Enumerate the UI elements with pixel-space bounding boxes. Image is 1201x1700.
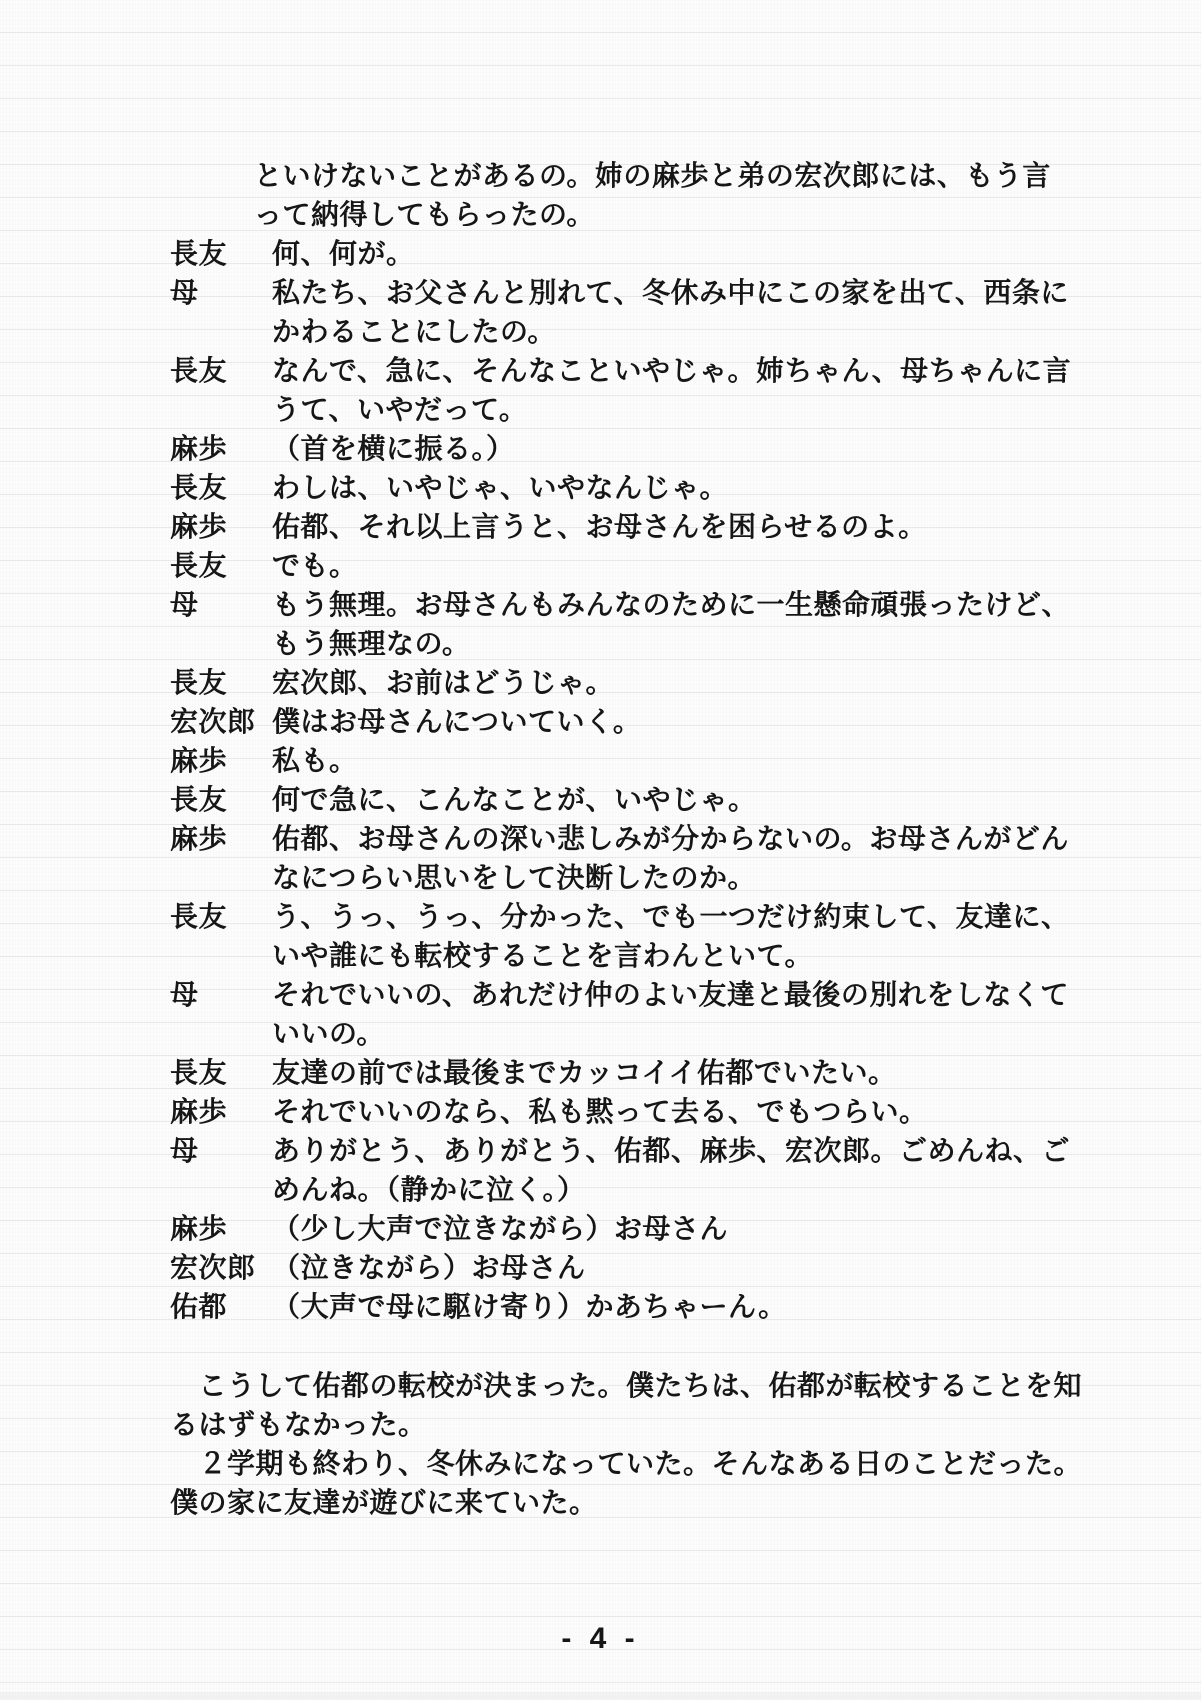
dialogue-entry: 長友 何で急に、こんなことが、いやじゃ。 — [170, 780, 1095, 819]
speaker-name: 母 — [170, 975, 272, 1014]
speaker-name: 宏次郎 — [170, 702, 272, 741]
dialogue-entry: 麻歩 佑都、お母さんの深い悲しみが分からないの。お母さんがどん なにつらい思いを… — [170, 819, 1095, 897]
dialogue-line: うて、いやだって。 — [272, 390, 1095, 429]
dialogue-entry: といけないことがあるの。姉の麻歩と弟の宏次郎には、もう言 って納得してもらったの… — [170, 156, 1095, 234]
dialogue-lines: ありがとう、ありがとう、佑都、麻歩、宏次郎。ごめんね、ご めんね。（静かに泣く。… — [272, 1131, 1095, 1209]
script-page: といけないことがあるの。姉の麻歩と弟の宏次郎には、もう言 って納得してもらったの… — [0, 0, 1201, 1700]
dialogue-lines: わしは、いやじゃ、いやなんじゃ。 — [272, 468, 1095, 507]
dialogue-lines: でも。 — [272, 546, 1095, 585]
dialogue-entry: 長友 友達の前では最後までカッコイイ佑都でいたい。 — [170, 1053, 1095, 1092]
speaker-name: 長友 — [170, 780, 272, 819]
dialogue-lines: 私たち、お父さんと別れて、冬休み中にこの家を出て、西条に かわることにしたの。 — [272, 273, 1095, 351]
dialogue-line: 佑都、お母さんの深い悲しみが分からないの。お母さんがどん — [272, 819, 1095, 858]
dialogue-entry: 長友 宏次郎、お前はどうじゃ。 — [170, 663, 1095, 702]
dialogue-line: もう無理なの。 — [272, 624, 1095, 663]
dialogue-line: 私たち、お父さんと別れて、冬休み中にこの家を出て、西条に — [272, 273, 1095, 312]
dialogue-lines: 何、何が。 — [272, 234, 1095, 273]
dialogue-line: それでいいの、あれだけ仲のよい友達と最後の別れをしなくて — [272, 975, 1095, 1014]
dialogue-entry: 佑都 （大声で母に駆け寄り）かあちゃーん。 — [170, 1287, 1095, 1326]
dialogue-entry: 母 もう無理。お母さんもみんなのために一生懸命頑張ったけど、 もう無理なの。 — [170, 585, 1095, 663]
dialogue-line: かわることにしたの。 — [272, 312, 1095, 351]
dialogue-entry: 長友 何、何が。 — [170, 234, 1095, 273]
dialogue-lines: （首を横に振る。） — [272, 429, 1095, 468]
dialogue-line: （大声で母に駆け寄り）かあちゃーん。 — [272, 1287, 1095, 1326]
dialogue-line: 僕はお母さんについていく。 — [272, 702, 1095, 741]
dialogue-entry: 長友 う、うっ、うっ、分かった、でも一つだけ約束して、友達に、 いや誰にも転校す… — [170, 897, 1095, 975]
narration-line: るはずもなかった。 — [170, 1405, 1095, 1444]
dialogue-entry: 宏次郎 （泣きながら）お母さん — [170, 1248, 1095, 1287]
speaker-name: 長友 — [170, 234, 272, 273]
dialogue-line: めんね。（静かに泣く。） — [272, 1170, 1095, 1209]
dialogue-line: いや誰にも転校することを言わんといて。 — [272, 936, 1095, 975]
dialogue-line: それでいいのなら、私も黙って去る、でもつらい。 — [272, 1092, 1095, 1131]
dialogue-lines: 佑都、お母さんの深い悲しみが分からないの。お母さんがどん なにつらい思いをして決… — [272, 819, 1095, 897]
dialogue-line: ありがとう、ありがとう、佑都、麻歩、宏次郎。ごめんね、ご — [272, 1131, 1095, 1170]
narration-paragraph: こうして佑都の転校が決まった。僕たちは、佑都が転校することを知 るはずもなかった… — [170, 1366, 1095, 1444]
dialogue-line: 何、何が。 — [272, 234, 1095, 273]
dialogue-entry: 麻歩 （首を横に振る。） — [170, 429, 1095, 468]
dialogue-lines: （少し大声で泣きながら）お母さん — [272, 1209, 1095, 1248]
dialogue-lines: といけないことがあるの。姉の麻歩と弟の宏次郎には、もう言 って納得してもらったの… — [254, 156, 1095, 234]
speaker-name: 母 — [170, 273, 272, 312]
dialogue-line: 私も。 — [272, 741, 1095, 780]
speaker-name: 麻歩 — [170, 1209, 272, 1248]
page-number: - 4 - — [561, 1622, 639, 1655]
dialogue-line: う、うっ、うっ、分かった、でも一つだけ約束して、友達に、 — [272, 897, 1095, 936]
dialogue-line: なんで、急に、そんなこといやじゃ。姉ちゃん、母ちゃんに言 — [272, 351, 1095, 390]
narration-line: 僕の家に友達が遊びに来ていた。 — [170, 1483, 1095, 1522]
dialogue-lines: それでいいの、あれだけ仲のよい友達と最後の別れをしなくて いいの。 — [272, 975, 1095, 1053]
dialogue-line: （泣きながら）お母さん — [272, 1248, 1095, 1287]
dialogue-block: といけないことがあるの。姉の麻歩と弟の宏次郎には、もう言 って納得してもらったの… — [170, 156, 1095, 1326]
dialogue-entry: 麻歩 それでいいのなら、私も黙って去る、でもつらい。 — [170, 1092, 1095, 1131]
speaker-name: 長友 — [170, 897, 272, 936]
dialogue-entry: 長友 なんで、急に、そんなこといやじゃ。姉ちゃん、母ちゃんに言 うて、いやだって… — [170, 351, 1095, 429]
dialogue-line: 友達の前では最後までカッコイイ佑都でいたい。 — [272, 1053, 1095, 1092]
speaker-name: 母 — [170, 585, 272, 624]
dialogue-entry: 母 私たち、お父さんと別れて、冬休み中にこの家を出て、西条に かわることにしたの… — [170, 273, 1095, 351]
dialogue-line: といけないことがあるの。姉の麻歩と弟の宏次郎には、もう言 — [254, 156, 1095, 195]
dialogue-entry: 麻歩 （少し大声で泣きながら）お母さん — [170, 1209, 1095, 1248]
dialogue-entry: 麻歩 私も。 — [170, 741, 1095, 780]
dialogue-lines: 私も。 — [272, 741, 1095, 780]
dialogue-lines: 宏次郎、お前はどうじゃ。 — [272, 663, 1095, 702]
speaker-name: 麻歩 — [170, 429, 272, 468]
dialogue-line: もう無理。お母さんもみんなのために一生懸命頑張ったけど、 — [272, 585, 1095, 624]
page-footer: - 4 - — [0, 1620, 1201, 1658]
dialogue-lines: なんで、急に、そんなこといやじゃ。姉ちゃん、母ちゃんに言 うて、いやだって。 — [272, 351, 1095, 429]
dialogue-line: って納得してもらったの。 — [254, 195, 1095, 234]
speaker-name: 長友 — [170, 468, 272, 507]
dialogue-entry: 麻歩 佑都、それ以上言うと、お母さんを困らせるのよ。 — [170, 507, 1095, 546]
narration-line: こうして佑都の転校が決まった。僕たちは、佑都が転校することを知 — [170, 1366, 1095, 1405]
dialogue-lines: もう無理。お母さんもみんなのために一生懸命頑張ったけど、 もう無理なの。 — [272, 585, 1095, 663]
dialogue-line: いいの。 — [272, 1014, 1095, 1053]
dialogue-lines: う、うっ、うっ、分かった、でも一つだけ約束して、友達に、 いや誰にも転校すること… — [272, 897, 1095, 975]
dialogue-line: わしは、いやじゃ、いやなんじゃ。 — [272, 468, 1095, 507]
dialogue-lines: それでいいのなら、私も黙って去る、でもつらい。 — [272, 1092, 1095, 1131]
speaker-name: 麻歩 — [170, 741, 272, 780]
speaker-name: 母 — [170, 1131, 272, 1170]
dialogue-entry: 母 ありがとう、ありがとう、佑都、麻歩、宏次郎。ごめんね、ご めんね。（静かに泣… — [170, 1131, 1095, 1209]
dialogue-entry: 宏次郎 僕はお母さんについていく。 — [170, 702, 1095, 741]
dialogue-line: 何で急に、こんなことが、いやじゃ。 — [272, 780, 1095, 819]
speaker-name: 長友 — [170, 351, 272, 390]
dialogue-lines: 何で急に、こんなことが、いやじゃ。 — [272, 780, 1095, 819]
dialogue-line: 宏次郎、お前はどうじゃ。 — [272, 663, 1095, 702]
dialogue-lines: 僕はお母さんについていく。 — [272, 702, 1095, 741]
narration-block: こうして佑都の転校が決まった。僕たちは、佑都が転校することを知 るはずもなかった… — [170, 1366, 1095, 1522]
speaker-name: 麻歩 — [170, 1092, 272, 1131]
speaker-name: 佑都 — [170, 1287, 272, 1326]
speaker-name: 長友 — [170, 663, 272, 702]
dialogue-entry: 長友 わしは、いやじゃ、いやなんじゃ。 — [170, 468, 1095, 507]
narration-paragraph: ２学期も終わり、冬休みになっていた。そんなある日のことだった。 僕の家に友達が遊… — [170, 1444, 1095, 1522]
dialogue-entry: 母 それでいいの、あれだけ仲のよい友達と最後の別れをしなくて いいの。 — [170, 975, 1095, 1053]
dialogue-entry: 長友 でも。 — [170, 546, 1095, 585]
dialogue-lines: （泣きながら）お母さん — [272, 1248, 1095, 1287]
dialogue-line: でも。 — [272, 546, 1095, 585]
speaker-name: 長友 — [170, 1053, 272, 1092]
dialogue-line: （首を横に振る。） — [272, 429, 1095, 468]
narration-line: ２学期も終わり、冬休みになっていた。そんなある日のことだった。 — [170, 1444, 1095, 1483]
speaker-name: 麻歩 — [170, 507, 272, 546]
dialogue-lines: （大声で母に駆け寄り）かあちゃーん。 — [272, 1287, 1095, 1326]
dialogue-line: 佑都、それ以上言うと、お母さんを困らせるのよ。 — [272, 507, 1095, 546]
dialogue-line: なにつらい思いをして決断したのか。 — [272, 858, 1095, 897]
speaker-name: 長友 — [170, 546, 272, 585]
dialogue-line: （少し大声で泣きながら）お母さん — [272, 1209, 1095, 1248]
speaker-name: 宏次郎 — [170, 1248, 272, 1287]
speaker-name: 麻歩 — [170, 819, 272, 858]
dialogue-lines: 佑都、それ以上言うと、お母さんを困らせるのよ。 — [272, 507, 1095, 546]
dialogue-lines: 友達の前では最後までカッコイイ佑都でいたい。 — [272, 1053, 1095, 1092]
